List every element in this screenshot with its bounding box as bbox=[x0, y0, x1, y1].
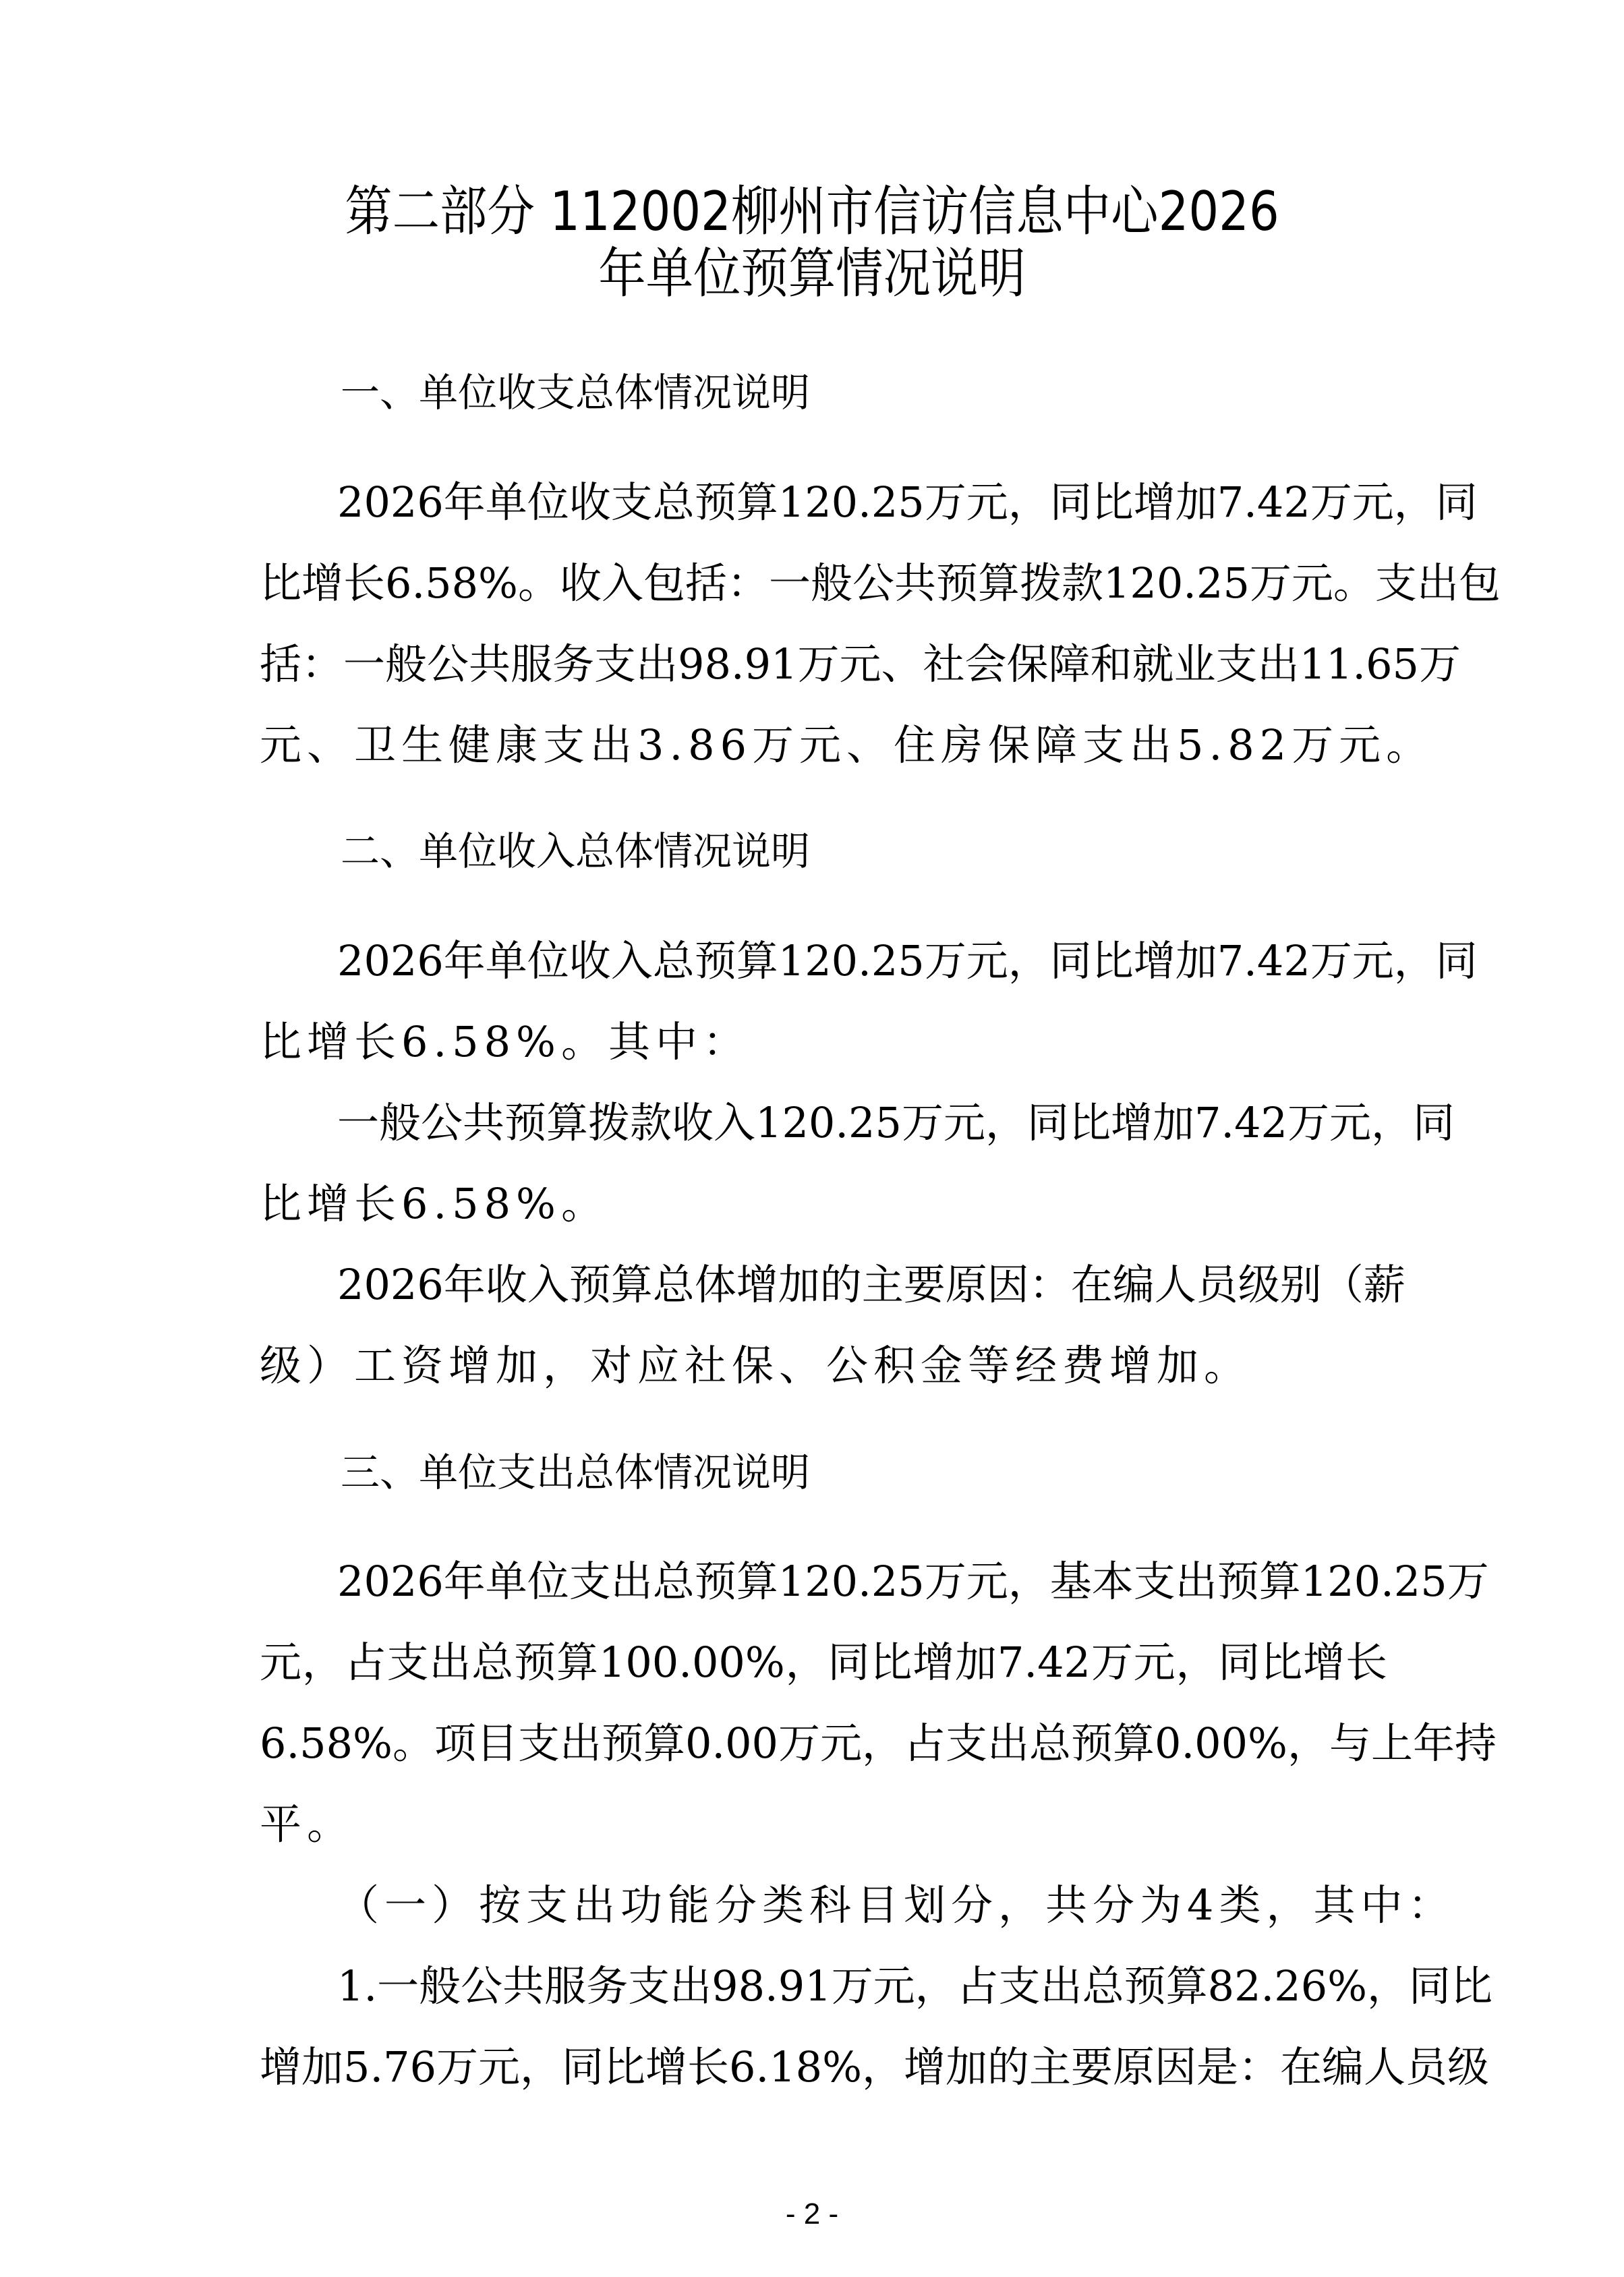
paragraph-line: 级）工资增加，对应社保、公积金等经费增加。 bbox=[260, 1342, 1387, 1390]
paragraph-line: 比增长6.58%。 bbox=[260, 1180, 1387, 1228]
paragraph-line: 1.一般公共服务支出98.91万元，占支出总预算82.26%，同比 bbox=[337, 1962, 1387, 2011]
paragraph-line: 比增长6.58%。其中： bbox=[260, 1018, 1387, 1066]
paragraph-line: （一）按支出功能分类科目划分，共分为4类，其中： bbox=[337, 1881, 1465, 1930]
paragraph-line: 增加5.76万元，同比增长6.18%，增加的主要原因是：在编人员级 bbox=[260, 2043, 1387, 2092]
section-heading-3: 三、单位支出总体情况说明 bbox=[341, 1449, 810, 1496]
paragraph-line: 元，占支出总预算100.00%，同比增加7.42万元，同比增长 bbox=[260, 1638, 1387, 1687]
section-heading-2: 二、单位收入总体情况说明 bbox=[341, 828, 810, 875]
paragraph-line: 2026年单位收支总预算120.25万元，同比增加7.42万元，同 bbox=[337, 478, 1387, 527]
section-heading-1: 一、单位收支总体情况说明 bbox=[341, 369, 810, 416]
paragraph-line: 6.58%。项目支出预算0.00万元，占支出总预算0.00%，与上年持 bbox=[260, 1719, 1387, 1768]
title-line-2: 年单位预算情况说明 bbox=[275, 243, 1348, 305]
paragraph-line: 一般公共预算拨款收入120.25万元，同比增加7.42万元，同 bbox=[337, 1099, 1387, 1147]
paragraph-line: 2026年收入预算总体增加的主要原因：在编人员级别（薪 bbox=[337, 1261, 1387, 1309]
paragraph-line: 括：一般公共服务支出98.91万元、社会保障和就业支出11.65万 bbox=[260, 640, 1387, 689]
paragraph-line: 元、卫生健康支出3.86万元、住房保障支出5.82万元。 bbox=[260, 721, 1387, 770]
paragraph-line: 比增长6.58%。收入包括：一般公共预算拨款120.25万元。支出包 bbox=[260, 559, 1387, 608]
page-title: 第二部分 112002柳州市信访信息中心2026 年单位预算情况说明 bbox=[275, 181, 1348, 305]
paragraph-line: 2026年单位支出总预算120.25万元，基本支出预算120.25万 bbox=[337, 1557, 1387, 1606]
paragraph-line: 2026年单位收入总预算120.25万元，同比增加7.42万元，同 bbox=[337, 937, 1387, 985]
document-page: 第二部分 112002柳州市信访信息中心2026 年单位预算情况说明 一、单位收… bbox=[0, 0, 1624, 2277]
paragraph-line: 平。 bbox=[260, 1800, 1387, 1849]
page-number: - 2 - bbox=[745, 2195, 879, 2233]
title-line-1: 第二部分 112002柳州市信访信息中心2026 bbox=[275, 181, 1348, 243]
